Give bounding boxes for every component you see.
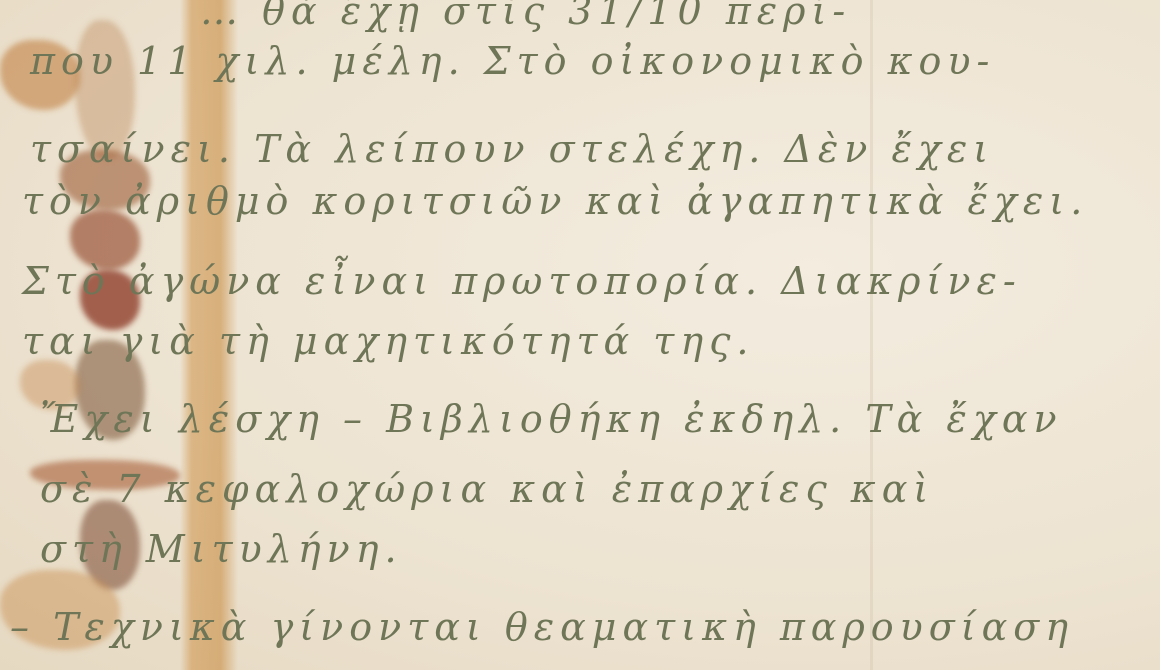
manuscript-line: … θὰ ἔχῃ στὶς 31/10 περί- xyxy=(200,0,851,30)
manuscript-line: που 11 χιλ. μέλη. Στὸ οἰκονομικὸ κου- xyxy=(30,42,995,80)
manuscript-line: τὸν ἀριθμὸ κοριτσιῶν καὶ ἀγαπητικὰ ἔχει. xyxy=(22,182,1088,220)
manuscript-line: Ἔχει λέσχη – Βιβλιοθήκη ἐκδηλ. Τὰ ἔχαν xyxy=(40,400,1063,438)
manuscript-line: – Τεχνικὰ γίνονται θεαματικὴ παρουσίαση xyxy=(10,608,1074,646)
manuscript-line: σὲ 7 κεφαλοχώρια καὶ ἐπαρχίες καὶ xyxy=(40,470,934,508)
manuscript-line: στὴ Μιτυλήνη. xyxy=(40,530,403,568)
manuscript-line: ται γιὰ τὴ μαχητικότητά της. xyxy=(22,322,754,360)
manuscript-line: τσαίνει. Τὰ λείπουν στελέχη. Δὲν ἔχει xyxy=(30,130,994,168)
manuscript-line: Στὸ ἀγώνα εἶναι πρωτοπορία. Διακρίνε- xyxy=(22,262,1022,300)
fold-crease xyxy=(870,0,873,670)
